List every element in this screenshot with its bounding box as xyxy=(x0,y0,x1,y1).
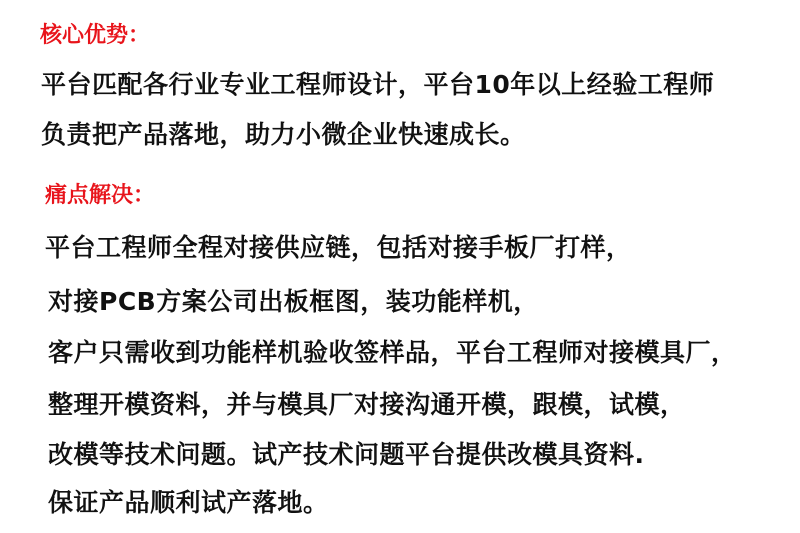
pain-points-line-5: 改模等技术问题。试产技术问题平台提供改模具资料. xyxy=(48,440,645,470)
advantages-line-1: 平台匹配各行业专业工程师设计，平台10年以上经验工程师 xyxy=(41,70,714,100)
pain-points-line-4: 整理开模资料，并与模具厂对接沟通开模，跟模，试模， xyxy=(48,390,686,420)
advantages-heading: 核心优势： xyxy=(40,23,150,49)
pain-points-line-2: 对接PCB方案公司出板框图，装功能样机， xyxy=(48,287,539,317)
pain-points-heading: 痛点解决： xyxy=(45,183,155,209)
advantages-line-2: 负责把产品落地，助力小微企业快速成长。 xyxy=(41,120,526,150)
pain-points-line-1: 平台工程师全程对接供应链，包括对接手板厂打样， xyxy=(45,233,632,263)
pain-points-line-3: 客户只需收到功能样机验收签样品，平台工程师对接模具厂， xyxy=(48,338,737,368)
pain-points-line-6: 保证产品顺利试产落地。 xyxy=(48,488,329,518)
